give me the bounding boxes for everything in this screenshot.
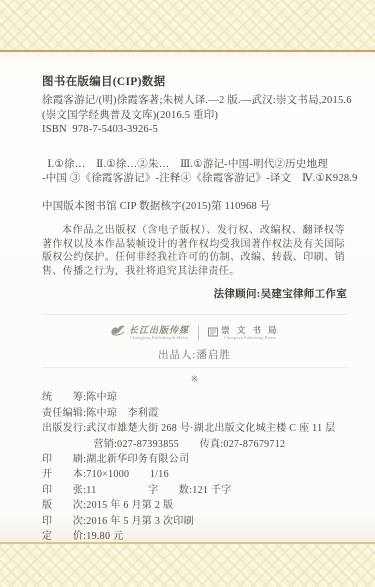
credit-row-publisher-address: 出版发行:武汉市雄楚大街 268 号·湖北出版文化城主楼 C 座 11 层 — [42, 421, 347, 436]
credit-row-impression: 印 次:2016 年 5 月第 3 次印刷 — [42, 514, 347, 529]
reference-mark: ※ — [42, 375, 347, 384]
copyright-notice: 本作品之出版权（含电子版权）、发行权、改编权、翻译权等著作权以及本作品装帧设计的… — [42, 224, 347, 278]
section-hairline — [42, 367, 347, 368]
changjiang-logo-caption: Changjiang Publishing & Media — [130, 336, 188, 340]
cover-pattern-band-bottom — [0, 542, 375, 587]
classification-line-2: -中国 ③《徐霞客游记》-注释④《徐霞客游记》-译文 Ⅳ.①K928.9 — [42, 172, 347, 187]
producer-line: 出品人:潘启胜 — [42, 347, 347, 362]
changjiang-swan-icon — [110, 324, 126, 342]
chongwen-logo-caption: Chongwen Publishing House — [224, 336, 276, 340]
cip-record-number: 中国版本图书馆 CIP 数据核字(2015)第 110968 号 — [42, 200, 347, 215]
credit-row-edition: 版 次:2015 年 6 月第 2 版 — [42, 498, 347, 513]
changjiang-logo: 长江出版传媒 Changjiang Publishing & Media — [110, 324, 189, 342]
classification-line-1: Ⅰ.①徐… Ⅱ.①徐…②朱… Ⅲ.①游记-中国-明代②历史地理 — [42, 158, 347, 173]
credit-row-format: 开 本:710×1000 1/16 — [42, 467, 347, 482]
isbn-line: ISBN 978-7-5403-3926-5 — [42, 123, 347, 138]
divider-hairline — [42, 314, 347, 315]
cip-description-line: 徐霞客游记/(明)徐霞客著;朱树人译.—2 版.—武汉:崇文书局,2015.6 — [42, 94, 347, 109]
cover-pattern-band-top — [0, 0, 375, 52]
credit-row-sheets-words: 印 张:11 字 数:121 千字 — [42, 483, 347, 498]
copyright-page: 图书在版编目(CIP)数据 徐霞客游记/(明)徐霞客著;朱树人译.—2 版.—武… — [0, 52, 375, 542]
logo-divider — [198, 325, 199, 341]
changjiang-logo-name: 长江出版传媒 — [129, 326, 189, 335]
credit-row-editors: 责任编辑:陈中琼 李利霞 — [42, 406, 347, 421]
legal-counsel: 法律顾问:吴建宝律师工作室 — [42, 286, 347, 301]
publisher-logos: 长江出版传媒 Changjiang Publishing & Media 崇 文… — [42, 321, 347, 344]
credit-row-coordinator: 统 筹:陈中琼 — [42, 390, 347, 405]
chongwen-logo: 崇 文 书 局 Chongwen Publishing House — [208, 324, 279, 342]
credit-row-marketing-fax: 营销:027-87393855 传真:027-87679712 — [42, 437, 347, 452]
book-copyright-page-photo: 图书在版编目(CIP)数据 徐霞客游记/(明)徐霞客著;朱树人译.—2 版.—武… — [0, 0, 375, 587]
cip-heading: 图书在版编目(CIP)数据 — [42, 76, 347, 89]
chongwen-seal-icon — [208, 324, 218, 342]
cip-series-line: (崇文国学经典普及文库)(2016.5 重印) — [42, 109, 347, 124]
credit-row-printer: 印 刷:湖北新华印务有限公司 — [42, 452, 347, 467]
chongwen-logo-name: 崇 文 书 局 — [221, 326, 279, 335]
credits-list: 统 筹:陈中琼 责任编辑:陈中琼 李利霞 出版发行:武汉市雄楚大街 268 号·… — [42, 390, 347, 544]
